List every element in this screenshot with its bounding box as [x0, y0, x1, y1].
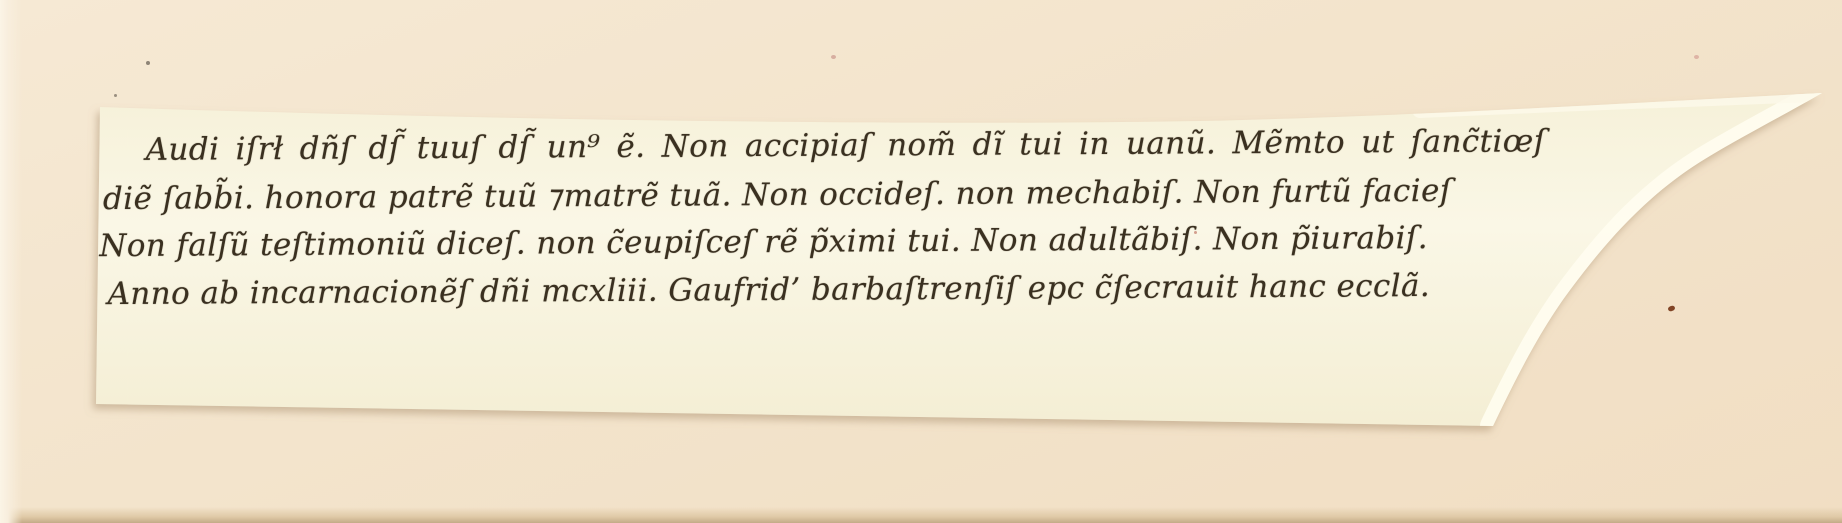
manuscript-line-2: diẽ ſabb̃i. honora patrẽ tuũ ⁊matrẽ tuã.… [103, 169, 1409, 221]
manuscript-line-3: Non falſũ teſtimoniũ diceſ. non c̃eupiſc… [99, 216, 1361, 268]
manuscript-line-1: Audi iſrł dñſ dſ̃ tuuſ dſ̃ un⁹ ẽ. Non ac… [146, 119, 1546, 172]
manuscript-text: Audi iſrł dñſ dſ̃ tuuſ dſ̃ un⁹ ẽ. Non ac… [0, 0, 1842, 523]
manuscript-line-4: Anno ab incarnacionẽſ dñi mcxliii. Gaufr… [107, 265, 1331, 316]
album-page-background: Audi iſrł dñſ dſ̃ tuuſ dſ̃ un⁹ ẽ. Non ac… [0, 0, 1842, 523]
